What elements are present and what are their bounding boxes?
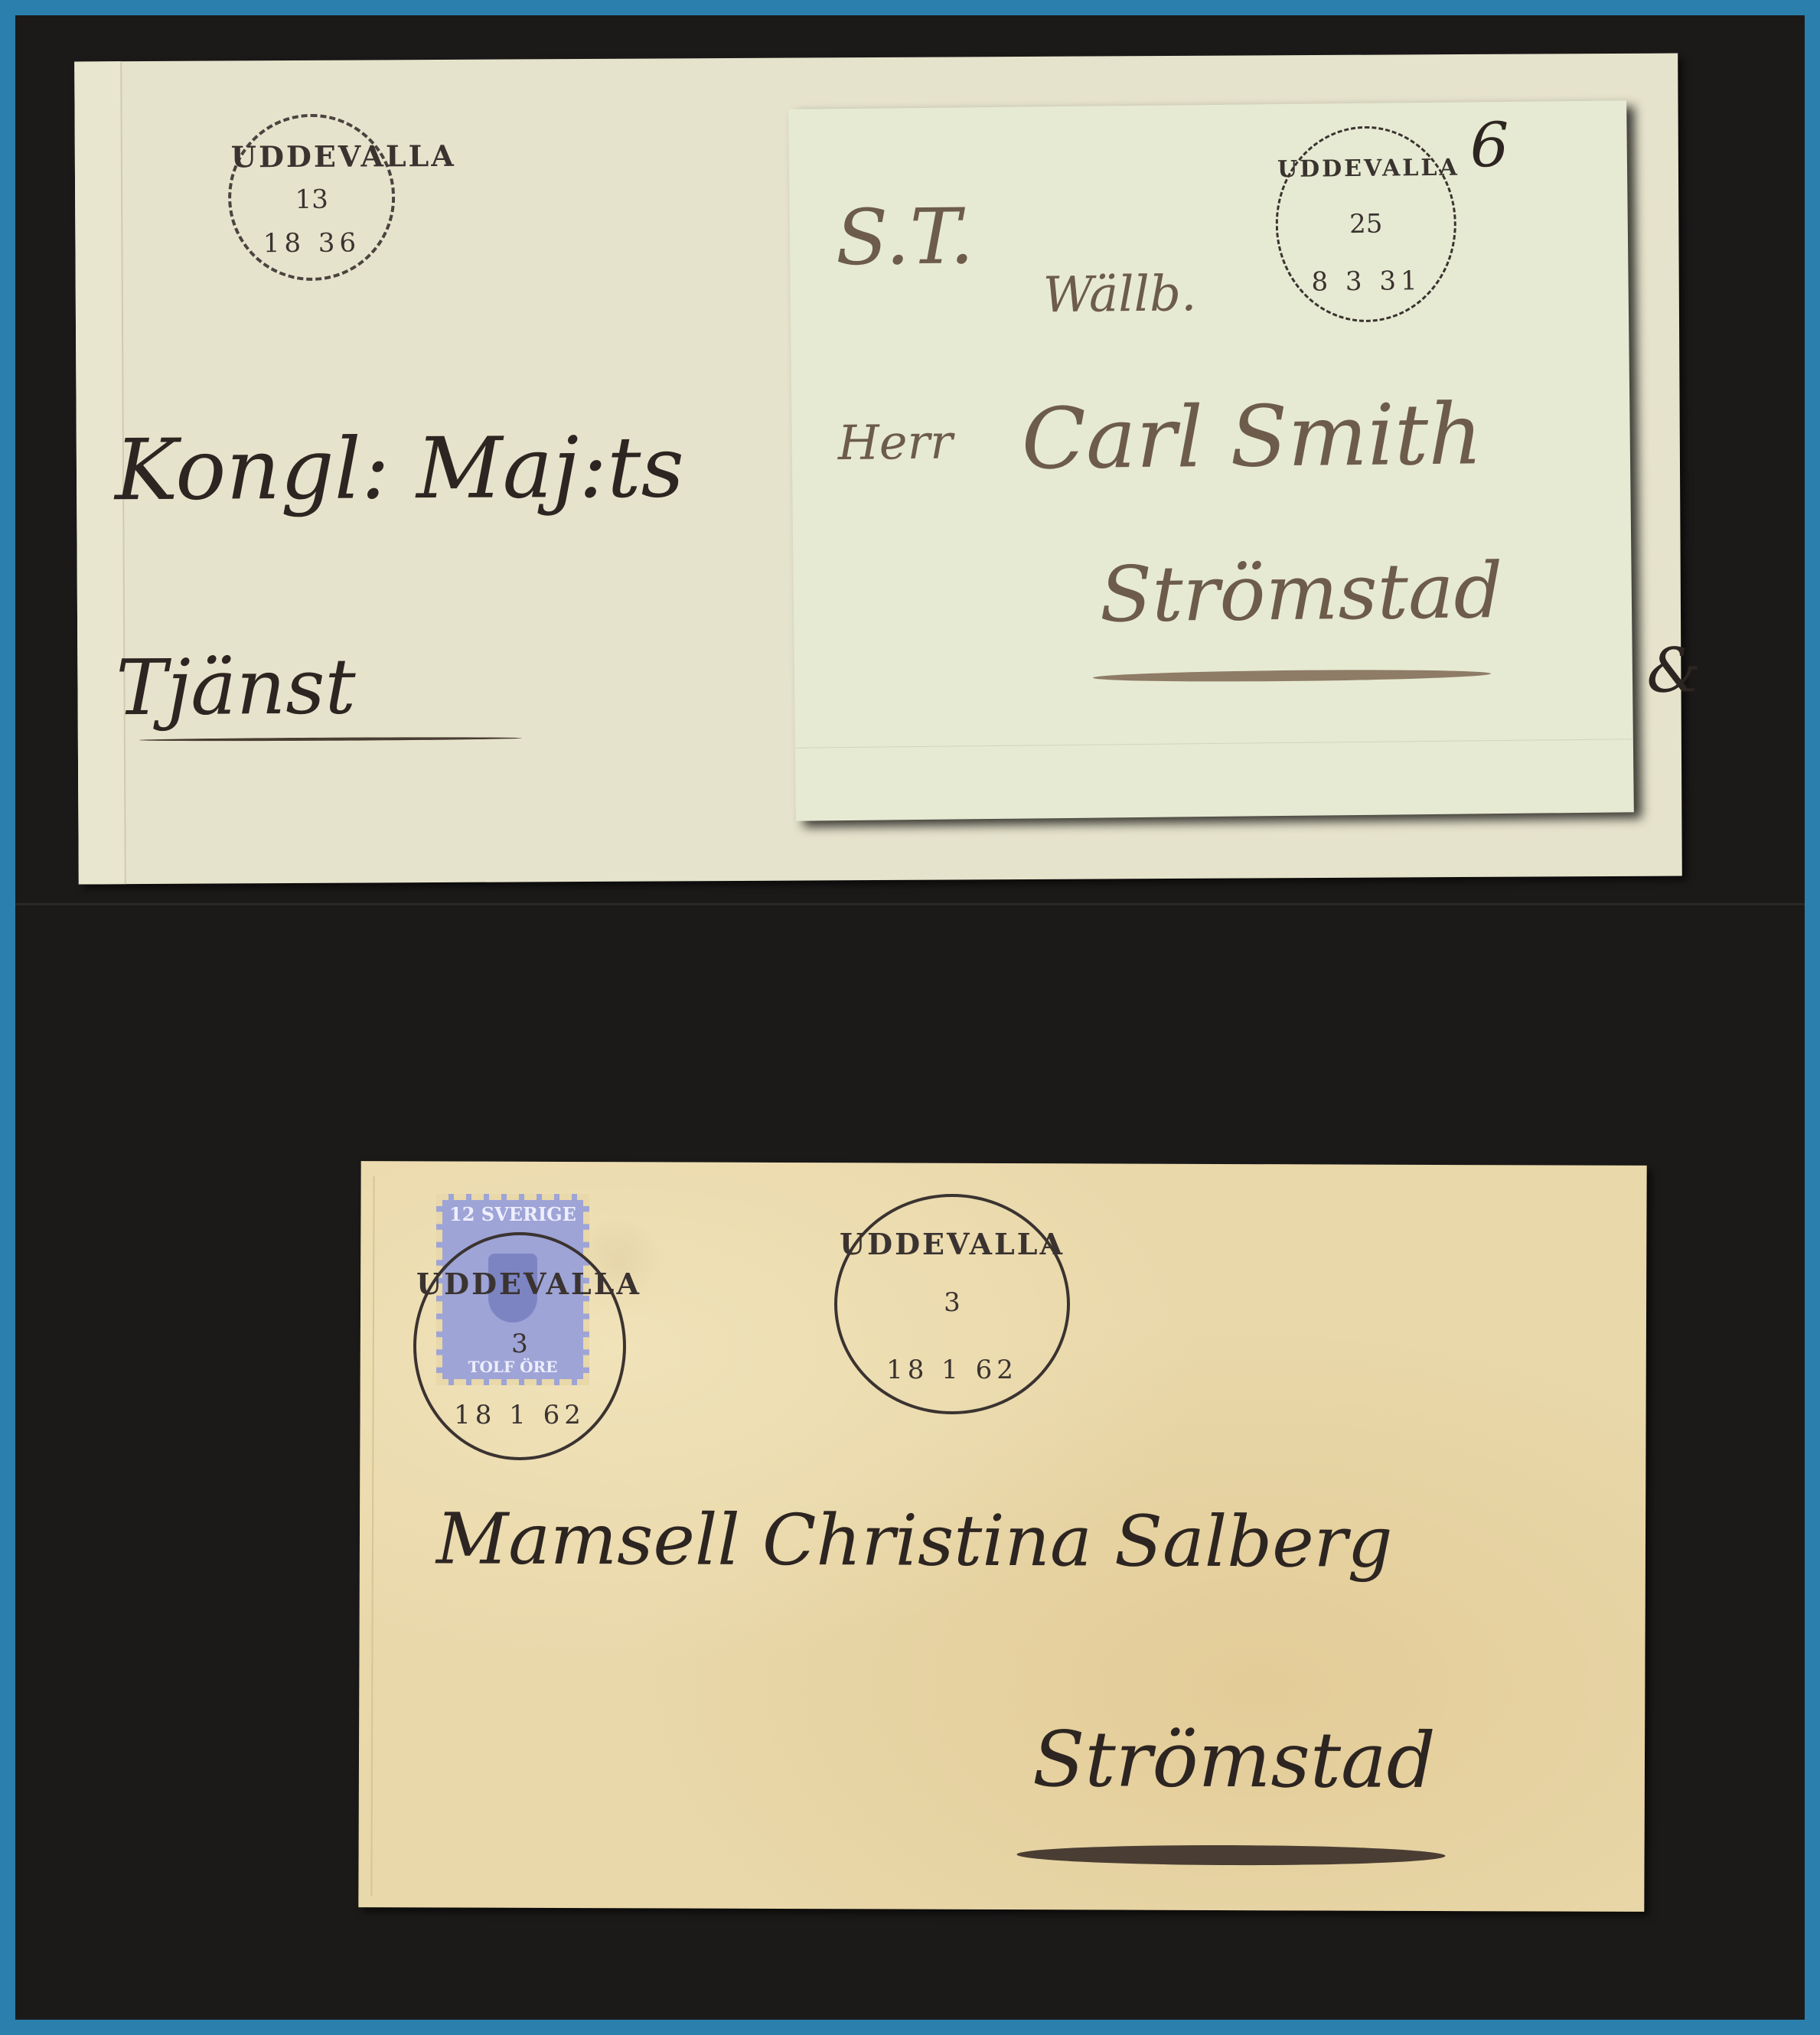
postmark-day: 3 <box>416 1329 623 1359</box>
postmark-town: UDDEVALLA <box>231 139 392 174</box>
postmark-1836: UDDEVALLA 13 18 36 <box>228 113 396 281</box>
rate-mark: 6 <box>1469 109 1509 181</box>
postmark-1831: UDDEVALLA 25 8 3 31 <box>1274 126 1457 323</box>
postmark-day: 13 <box>231 184 392 216</box>
postmark-date: 18 36 <box>231 227 392 259</box>
postmark-town: UDDEVALLA <box>1277 155 1453 183</box>
initials: S.T. <box>835 191 974 282</box>
underline-swash <box>139 736 522 742</box>
underline-swash <box>1093 668 1491 683</box>
underline-swash <box>1017 1844 1446 1866</box>
postmark-date: 8 3 31 <box>1278 266 1454 298</box>
fold-edge <box>370 1176 374 1896</box>
postmark-date: 18 1 62 <box>837 1355 1067 1385</box>
postmark-1862: UDDEVALLA 3 18 1 62 <box>834 1194 1070 1414</box>
cover-1831: UDDEVALLA 25 8 3 31 6 S.T. Wällb. Herr C… <box>788 100 1634 820</box>
postmark-day: 25 <box>1278 208 1454 240</box>
postmark-date: 18 1 62 <box>416 1400 623 1430</box>
address-line-1: Kongl: Maj:ts <box>115 418 685 519</box>
endorsement: Tjänst <box>116 642 356 733</box>
addressee-name: Mamsell Christina Salberg <box>436 1498 1393 1583</box>
stamp-country: 12 SVERIGE <box>442 1203 583 1225</box>
addressee-name: Carl Smith <box>1021 385 1483 488</box>
stamp-cancel: UDDEVALLA 3 18 1 62 <box>413 1232 626 1460</box>
fold-line <box>795 739 1633 748</box>
salutation: Wällb. <box>1042 266 1196 324</box>
destination: Strömstad <box>1032 1714 1436 1805</box>
postmark-town: UDDEVALLA <box>416 1267 623 1301</box>
corner-mark: & <box>1646 634 1701 706</box>
destination: Strömstad <box>1099 546 1503 640</box>
postmark-day: 3 <box>837 1287 1067 1318</box>
address-prefix: Herr <box>837 414 953 471</box>
postmark-town: UDDEVALLA <box>837 1227 1067 1261</box>
